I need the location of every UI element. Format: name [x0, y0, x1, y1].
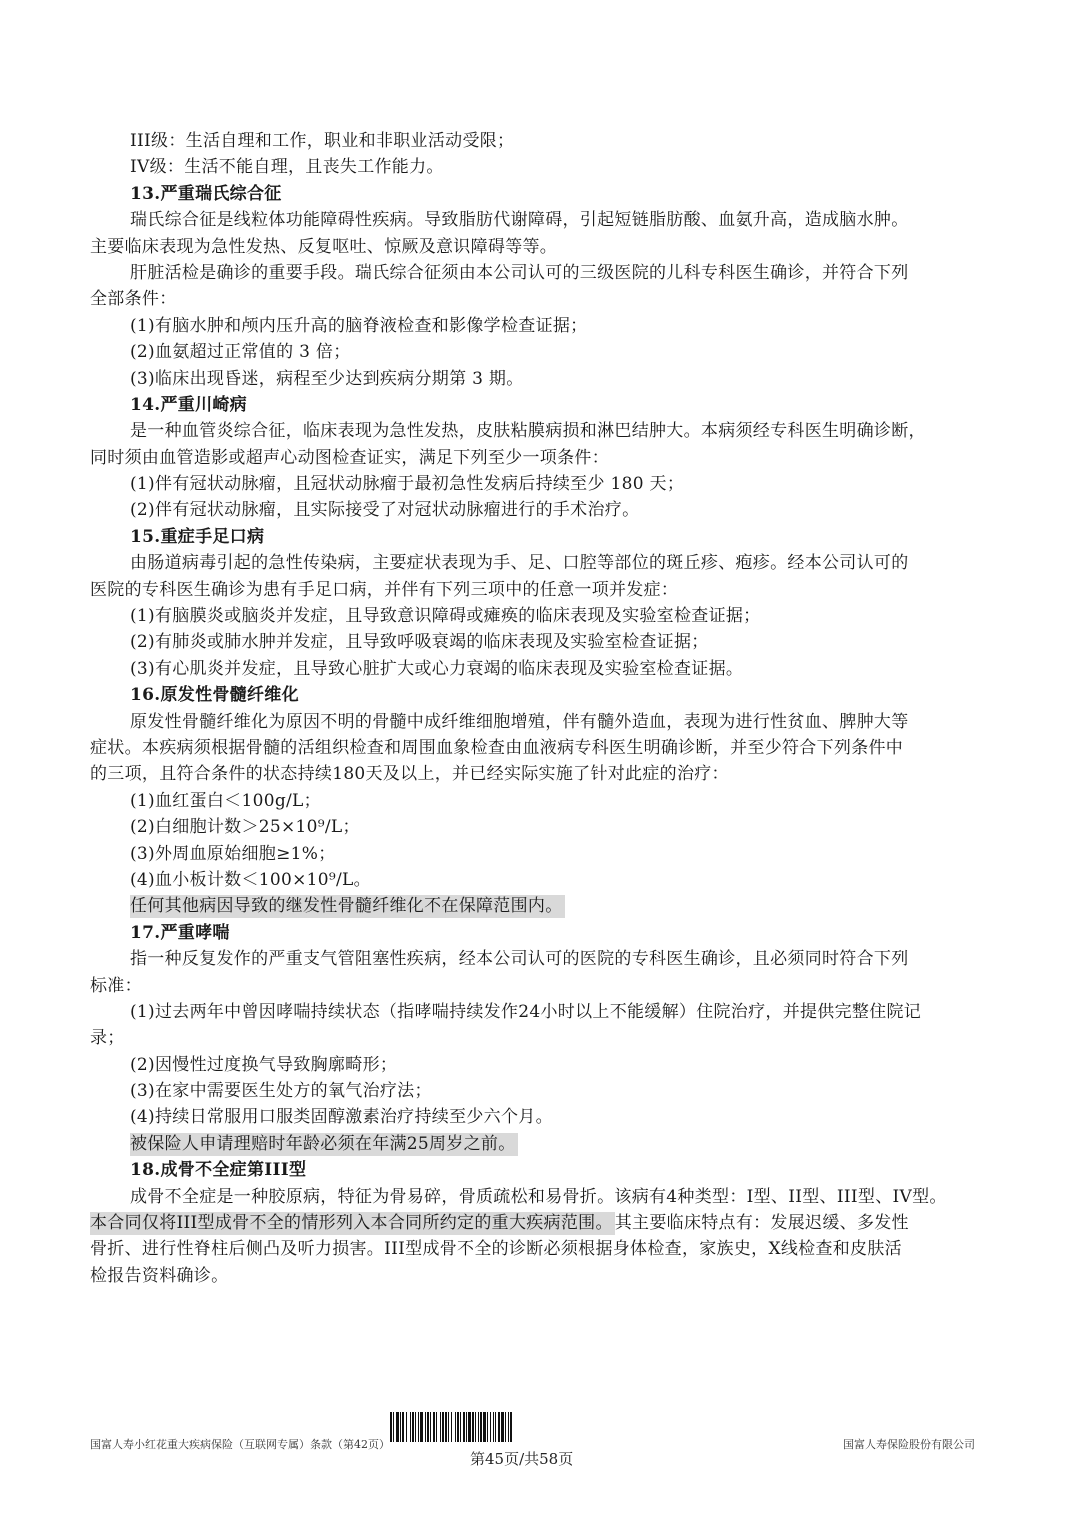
paragraph-line: 全部条件： — [90, 286, 990, 312]
section-heading: 17.严重哮喘 — [90, 920, 990, 946]
paragraph-line: (3)在家中需要医生处方的氧气治疗法； — [90, 1078, 990, 1104]
paragraph-line: (1)血红蛋白＜100g/L； — [90, 788, 990, 814]
paragraph-line: (2)血氨超过正常值的 3 倍； — [90, 339, 990, 365]
highlighted-text: 本合同仅将III型成骨不全的情形列入本合同所约定的重大疾病范围。 — [90, 1212, 615, 1235]
section-heading: 18.成骨不全症第III型 — [90, 1157, 990, 1183]
paragraph-line: (2)白细胞计数＞25×10⁹/L； — [90, 814, 990, 840]
section-heading: 16.原发性骨髓纤维化 — [90, 682, 990, 708]
paragraph-line: (2)因慢性过度换气导致胸廓畸形； — [90, 1052, 990, 1078]
section-heading: 15.重症手足口病 — [90, 524, 990, 550]
paragraph-line: 的三项，且符合条件的状态持续180天及以上，并已经实际实施了针对此症的治疗： — [90, 761, 990, 787]
paragraph-line: (2)伴有冠状动脉瘤，且实际接受了对冠状动脉瘤进行的手术治疗。 — [90, 497, 990, 523]
highlighted-line: 任何其他病因导致的继发性骨髓纤维化不在保障范围内。 — [90, 893, 990, 919]
paragraph-text: 其主要临床特点有：发展迟缓、多发性 — [615, 1213, 909, 1233]
paragraph-line: 本合同仅将III型成骨不全的情形列入本合同所约定的重大疾病范围。其主要临床特点有… — [90, 1210, 990, 1236]
paragraph-line: (3)外周血原始细胞≥1%； — [90, 841, 990, 867]
paragraph-line: 成骨不全症是一种胶原病，特征为骨易碎，骨质疏松和易骨折。该病有4种类型：I型、I… — [90, 1184, 990, 1210]
paragraph-line: (4)持续日常服用口服类固醇激素治疗持续至少六个月。 — [90, 1104, 990, 1130]
paragraph-line: 同时须由血管造影或超声心动图检查证实，满足下列至少一项条件： — [90, 445, 990, 471]
paragraph-line: (1)伴有冠状动脉瘤，且冠状动脉瘤于最初急性发病后持续至少 180 天； — [90, 471, 990, 497]
paragraph-line: 由肠道病毒引起的急性传染病，主要症状表现为手、足、口腔等部位的斑丘疹、疱疹。经本… — [90, 550, 990, 576]
paragraph-line: 原发性骨髓纤维化为原因不明的骨髓中成纤维细胞增殖，伴有髓外造血，表现为进行性贫血… — [90, 709, 990, 735]
highlighted-text: 被保险人申请理赔时年龄必须在年满25周岁之前。 — [130, 1133, 518, 1156]
paragraph-line: IV级：生活不能自理，且丧失工作能力。 — [90, 154, 990, 180]
paragraph-line: 检报告资料确诊。 — [90, 1263, 990, 1289]
paragraph-line: 指一种反复发作的严重支气管阻塞性疾病，经本公司认可的医院的专科医生确诊，且必须同… — [90, 946, 990, 972]
paragraph-line: (3)临床出现昏迷，病程至少达到疾病分期第 3 期。 — [90, 366, 990, 392]
section-heading: 13.严重瑞氏综合征 — [90, 181, 990, 207]
footer-document-title: 国富人寿小红花重大疾病保险（互联网专属）条款（第42页） — [90, 1436, 390, 1452]
paragraph-line: 标准： — [90, 973, 990, 999]
paragraph-line: (4)血小板计数＜100×10⁹/L。 — [90, 867, 990, 893]
document-page: III级：生活自理和工作，职业和非职业活动受限；IV级：生活不能自理，且丧失工作… — [0, 0, 1080, 1528]
paragraph-line: 医院的专科医生确诊为患有手足口病，并伴有下列三项中的任意一项并发症： — [90, 577, 990, 603]
paragraph-line: 录； — [90, 1025, 990, 1051]
paragraph-line: 瑞氏综合征是线粒体功能障碍性疾病。导致脂肪代谢障碍，引起短链脂肪酸、血氨升高，造… — [90, 207, 990, 233]
paragraph-line: 是一种血管炎综合征，临床表现为急性发热，皮肤粘膜病损和淋巴结肿大。本病须经专科医… — [90, 418, 990, 444]
footer-company-name: 国富人寿保险股份有限公司 — [843, 1436, 975, 1452]
document-body: III级：生活自理和工作，职业和非职业活动受限；IV级：生活不能自理，且丧失工作… — [90, 128, 990, 1289]
paragraph-line: (2)有肺炎或肺水肿并发症，且导致呼吸衰竭的临床表现及实验室检查证据； — [90, 629, 990, 655]
page-number: 第45页/共58页 — [470, 1448, 573, 1469]
paragraph-line: (3)有心肌炎并发症，且导致心脏扩大或心力衰竭的临床表现及实验室检查证据。 — [90, 656, 990, 682]
highlighted-line: 被保险人申请理赔时年龄必须在年满25周岁之前。 — [90, 1131, 990, 1157]
paragraph-line: 症状。本疾病须根据骨髓的活组织检查和周围血象检查由血液病专科医生明确诊断，并至少… — [90, 735, 990, 761]
paragraph-line: 骨折、进行性脊柱后侧凸及听力损害。III型成骨不全的诊断必须根据身体检查，家族史… — [90, 1236, 990, 1262]
highlighted-text: 任何其他病因导致的继发性骨髓纤维化不在保障范围内。 — [130, 895, 565, 918]
paragraph-line: 肝脏活检是确诊的重要手段。瑞氏综合征须由本公司认可的三级医院的儿科专科医生确诊，… — [90, 260, 990, 286]
paragraph-line: III级：生活自理和工作，职业和非职业活动受限； — [90, 128, 990, 154]
barcode-icon — [390, 1412, 696, 1442]
paragraph-line: (1)有脑膜炎或脑炎并发症，且导致意识障碍或瘫痪的临床表现及实验室检查证据； — [90, 603, 990, 629]
paragraph-line: (1)有脑水肿和颅内压升高的脑脊液检查和影像学检查证据； — [90, 313, 990, 339]
paragraph-line: (1)过去两年中曾因哮喘持续状态（指哮喘持续发作24小时以上不能缓解）住院治疗，… — [90, 999, 990, 1025]
section-heading: 14.严重川崎病 — [90, 392, 990, 418]
paragraph-line: 主要临床表现为急性发热、反复呕吐、惊厥及意识障碍等等。 — [90, 234, 990, 260]
